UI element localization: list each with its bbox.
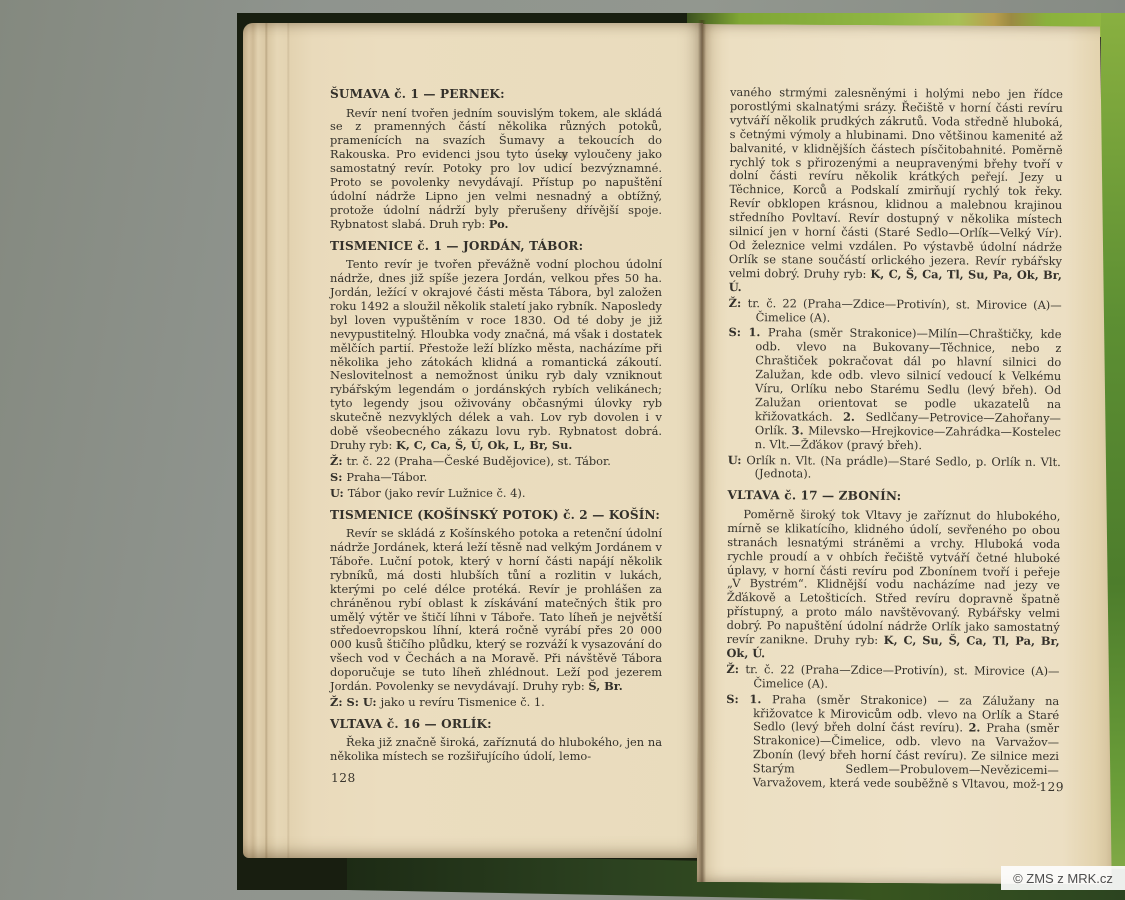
left-page-body: ŠUMAVA č. 1 — PERNEK:Revír není tvořen j… [330,87,662,764]
route-item: Ž: tr. č. 22 (Praha—České Budějovice), s… [330,455,662,469]
page-number-right: 129 [1030,780,1064,794]
section-heading: TISMENICE č. 1 — JORDÁN, TÁBOR: [330,239,662,254]
paragraph: Revír není tvořen jedním souvislým tokem… [330,107,662,232]
section-heading: ŠUMAVA č. 1 — PERNEK: [330,87,662,102]
paragraph: Poměrně široký tok Vltavy je zaříznut do… [726,508,1060,663]
page-number-left: 128 [331,771,356,785]
route-item: U: Tábor (jako revír Lužnice č. 4). [330,487,662,501]
book-photo: ŠUMAVA č. 1 — PERNEK:Revír není tvořen j… [0,0,1125,900]
route-item: U: Orlík n. Vlt. (Na prádle)—Staré Sedlo… [728,454,1061,484]
route-item: S: 1. Praha (směr Strakonice)—Milín—Chra… [728,326,1062,453]
right-page-body: vaného strmými zalesněnými i holými nebo… [726,86,1063,792]
watermark: © ZMS z MRK.cz [1001,866,1125,890]
paragraph: Řeka již značně široká, zaříznutá do hlu… [330,736,662,764]
paragraph: vaného strmými zalesněnými i holými nebo… [729,86,1063,297]
route-item: Ž: S: U: jako u revíru Tismenice č. 1. [330,696,662,710]
route-item: S: Praha—Tábor. [330,471,662,485]
route-item: S: 1. Praha (směr Strakonice) — za Záluž… [726,693,1060,792]
paragraph: Tento revír je tvořen převážně vodní plo… [330,258,662,453]
book-gutter-shadow [698,20,706,882]
section-heading: VLTAVA č. 16 — ORLÍK: [330,717,662,732]
section-heading: VLTAVA č. 17 — ZBONÍN: [727,488,1060,505]
route-item: Ž: tr. č. 22 (Praha—Zdice—Protivín), st.… [726,663,1059,693]
section-heading: TISMENICE (KOŠÍNSKÝ POTOK) č. 2 — KOŠÍN: [330,508,662,523]
route-item: Ž: tr. č. 22 (Praha—Zdice—Protivín), st.… [729,297,1062,327]
paragraph: Revír se skládá z Košínského potoka a re… [330,527,662,694]
